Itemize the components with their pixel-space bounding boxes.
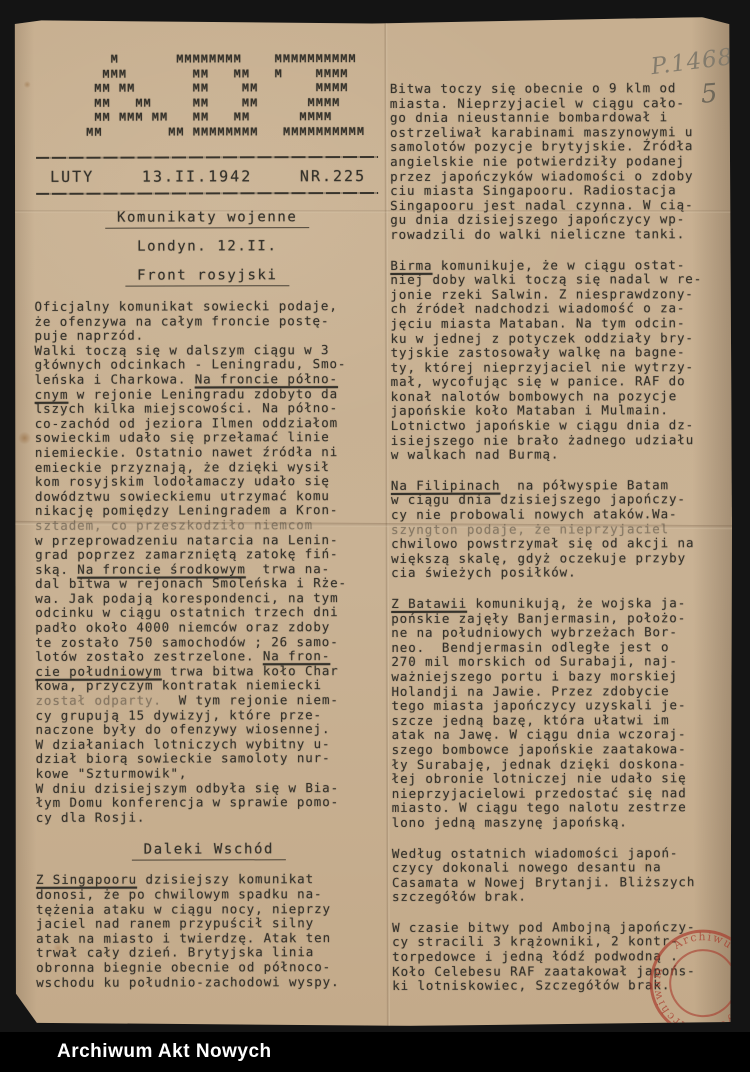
section-heading-text: Daleki Wschód [132,842,286,861]
section-heading-far-east: Daleki Wschód [36,841,382,858]
masthead-issue-number: NR.225 [300,167,366,185]
dateline: Londyn. 12.II. [34,238,380,255]
archive-scan-page: { "masthead": { "logo_lines": [ " M MMMM… [0,0,750,1072]
text-line: lono jedną maszynę japońską. [392,815,744,831]
text-line [392,830,744,847]
left-column-body-1: Oficjalny komunikat sowiecki podaje,że o… [34,299,381,825]
pencil-page-number: 5 [700,79,719,110]
masthead-rule-top [36,156,378,159]
footer-bar: Archiwum Akt Nowych [0,1032,750,1072]
text-line: isiejszego nie brało żadnego udziału [391,433,743,449]
text-line: cy nie probowali nowych ataków.Wa- [391,507,743,523]
right-column: Bitwa toczy się obecnie o 9 klm odmiasta… [390,81,744,994]
left-column-body-2: Z Singapooru dzisiejszy komunikatdonosi,… [36,872,382,990]
archive-name-label: Archiwum Akt Nowych [57,1041,272,1063]
scanned-document-sheet: M MMMMMMMM MMMMMMMMMM MMM MM MM M MMMM M… [13,17,734,1029]
text-line: rowadzili do walki nieliczne tanki. [390,227,742,243]
dateline-text: Londyn. 12.II. [137,238,277,254]
text-line: że ofenzywa na całym froncie postę- [34,314,380,329]
pencil-reference-number: P.1468 [649,44,734,80]
text-line: łym Domu konferencja w sprawie pomo- [36,795,382,810]
typed-monogram-logo: M MMMMMMMM MMMMMMMMMM MMM MM MM M MMMM M… [78,52,380,140]
masthead-date-row: LUTY 13.II.1942 NR.225 [50,167,366,186]
bulletin-title-text: Komunikaty wojenne [105,209,310,229]
text-line: w walkach nad Burmą. [391,447,743,463]
text-line [391,462,743,479]
text-line: cy dla Rosji. [36,810,382,825]
text-line: cia świeżych posiłków. [391,565,743,581]
section-heading-text: Front rosyjski [125,267,289,286]
section-heading-russian-front: Front rosyjski [34,267,380,284]
text-line: wschodu ku południo-zachodowi wyspy. [36,975,382,990]
masthead-month: LUTY [50,168,94,186]
text-line [391,580,743,597]
masthead-rule-bottom [36,192,378,195]
text-line [390,242,742,259]
left-column: M MMMMMMMM MMMMMMMMMM MMM MM MM M MMMM M… [34,52,382,990]
masthead-date: 13.II.1942 [142,167,252,185]
text-line: Casamata w Nowej Brytanji. Bliższych [392,875,744,891]
bulletin-title: Komunikaty wojenne [34,209,380,226]
text-line: dział biorą sowieckie samoloty nur- [36,751,382,766]
text-line: szczegółów brak. [392,889,744,905]
